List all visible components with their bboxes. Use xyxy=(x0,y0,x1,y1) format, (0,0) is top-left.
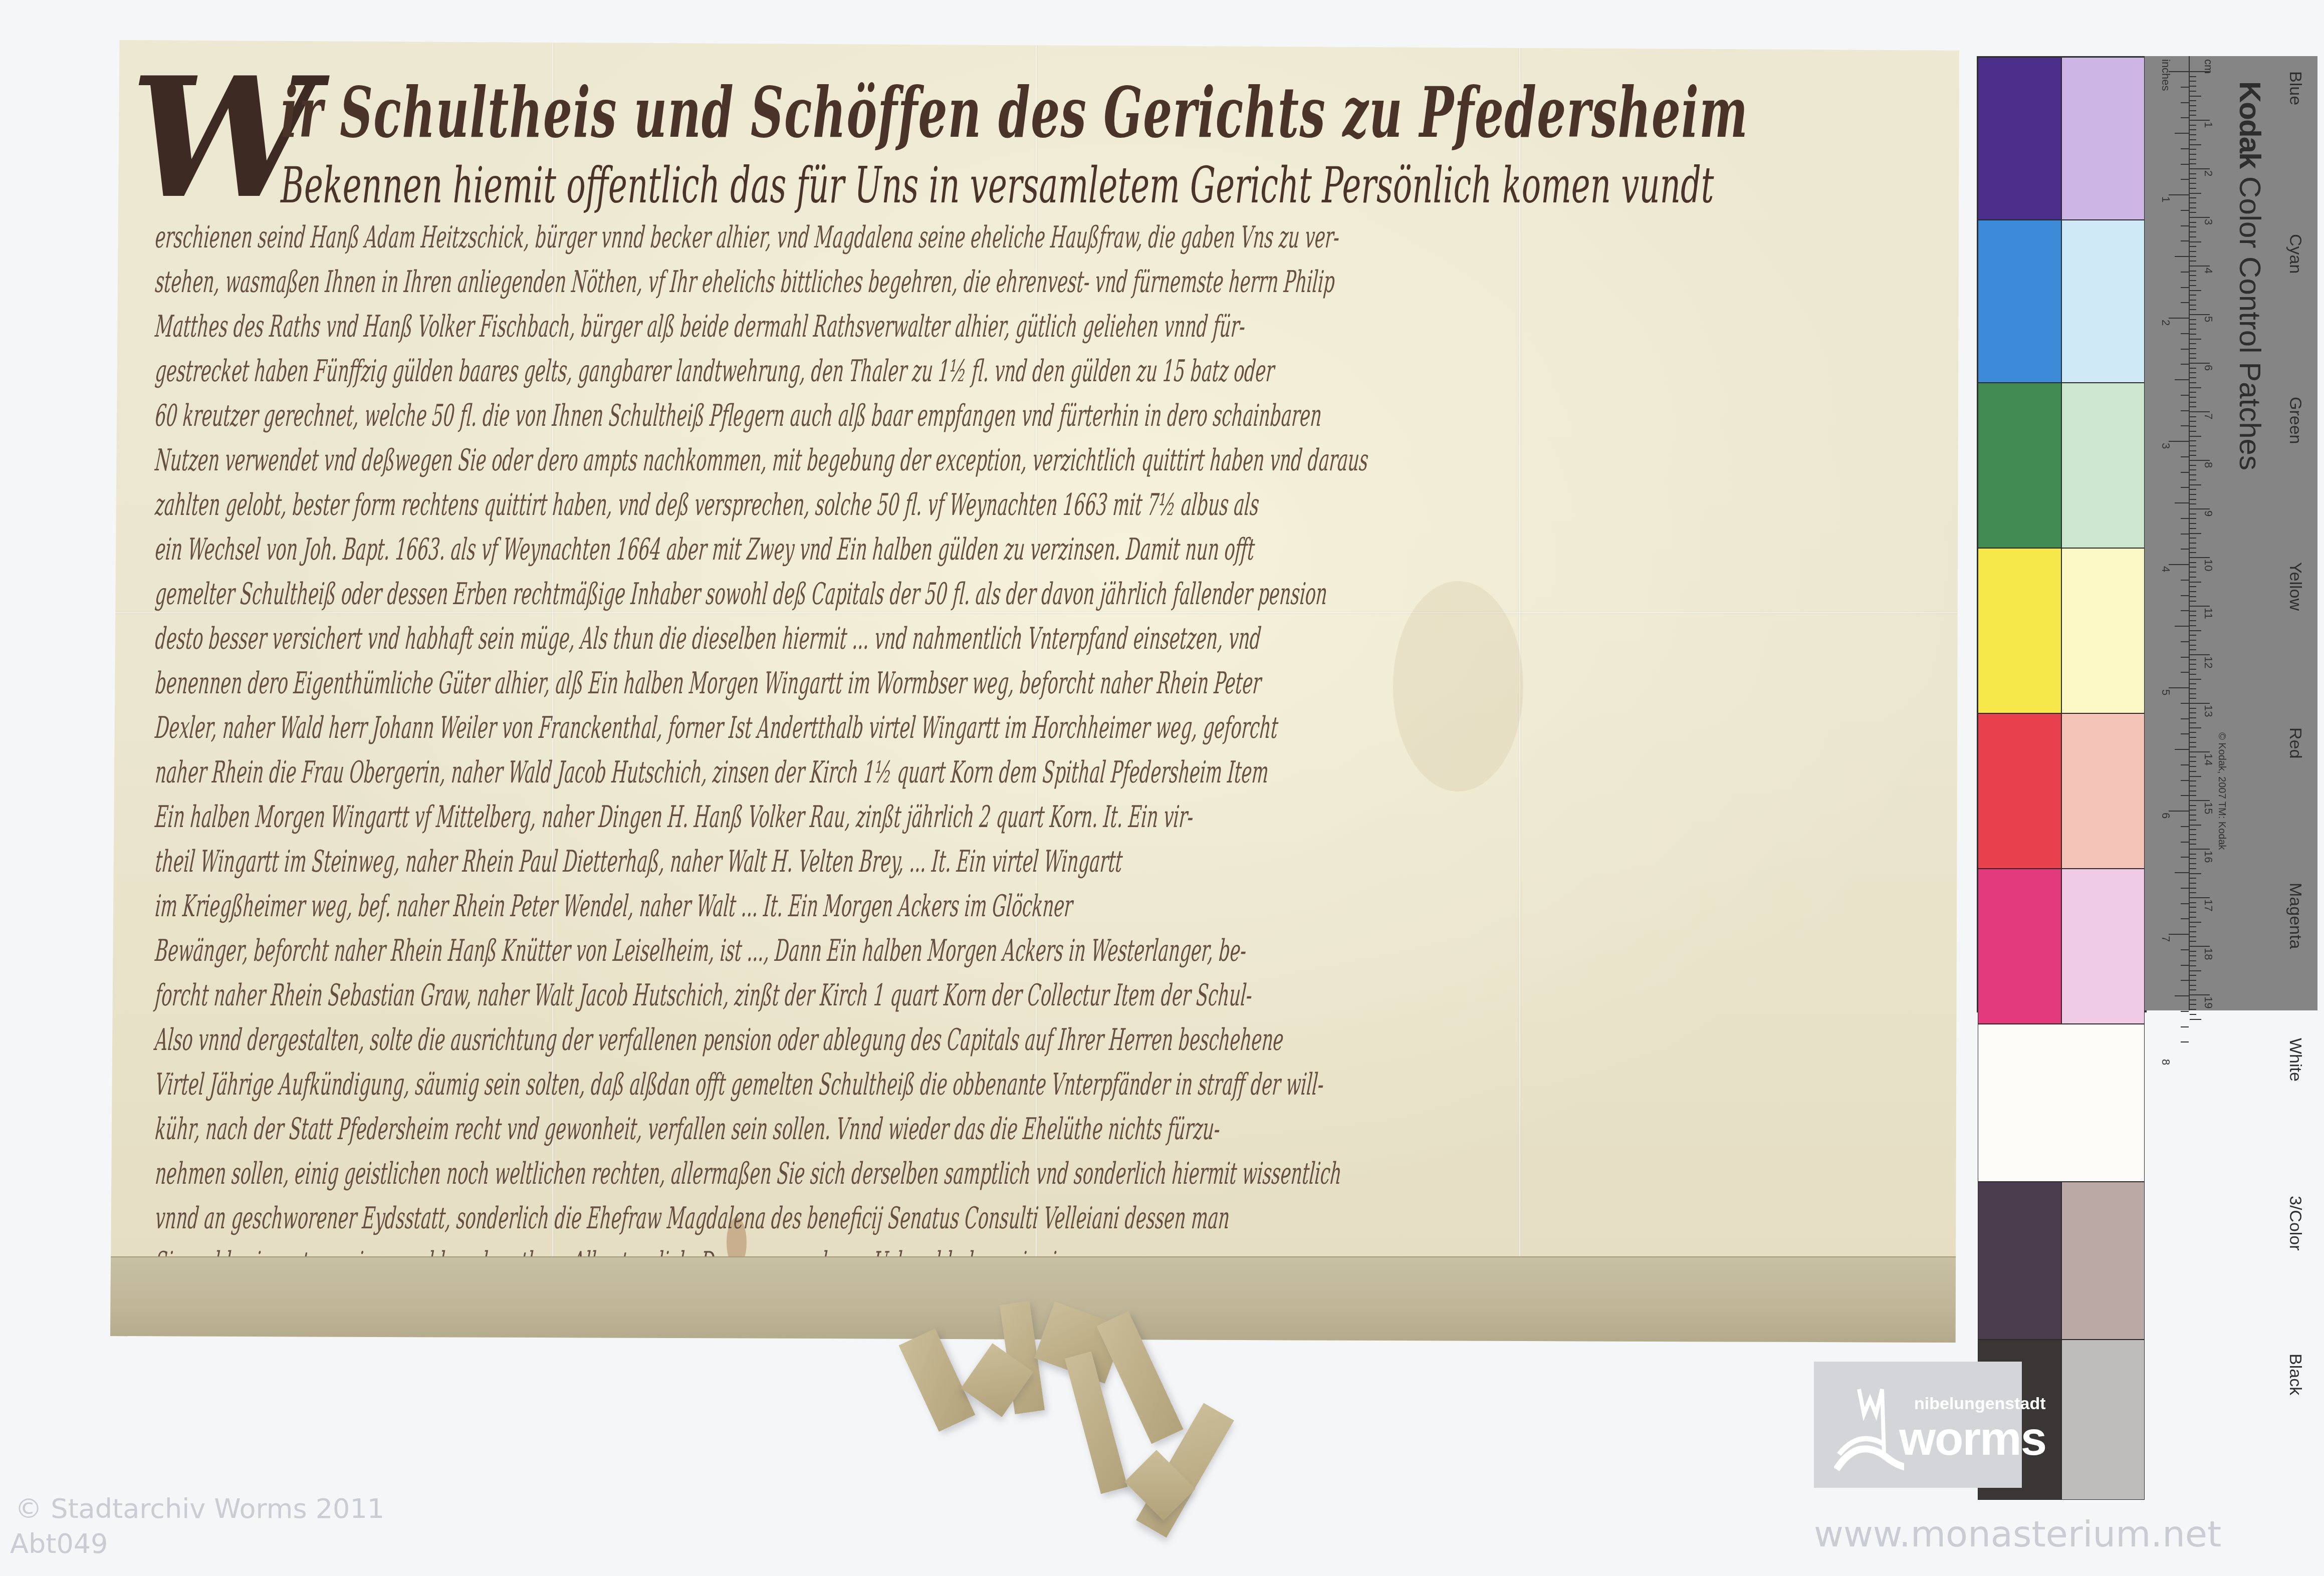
ruler-tick xyxy=(2190,226,2196,227)
ruler-cm-label: 7 xyxy=(2202,413,2215,419)
ruler-tick xyxy=(2169,811,2189,812)
ruler-tick xyxy=(2190,795,2196,796)
document-text: ir Schultheis und Schöffen des Gerichts … xyxy=(155,70,1919,1419)
color-patch-white xyxy=(1978,1024,2145,1182)
ruler-tick xyxy=(2190,455,2196,456)
ruler-tick xyxy=(2190,679,2201,680)
ruler-tick xyxy=(2181,718,2189,719)
document-line: stehen, wasmaßen Ihnen in Ihren anliegen… xyxy=(153,260,1180,305)
ruler-tick xyxy=(2175,995,2189,996)
color-patch-yellow-dark xyxy=(1978,548,2061,713)
ruler-cm-label: 8 xyxy=(2202,462,2215,468)
document-heading: ir Schultheis und Schöffen des Gerichts … xyxy=(281,70,1362,155)
ruler-cm-label: 9 xyxy=(2202,510,2215,516)
ruler-tick xyxy=(2175,133,2189,134)
ruler-tick xyxy=(2190,178,2196,179)
kodak-brand: Kodak xyxy=(2233,81,2267,168)
ruler-tick xyxy=(2190,669,2196,670)
ruler-tick xyxy=(2181,87,2189,88)
ruler-tick xyxy=(2181,842,2189,843)
color-patches xyxy=(1977,56,2147,1012)
ruler-tick xyxy=(2190,236,2196,237)
ruler-tick xyxy=(2181,780,2189,781)
ruler-cm-label: 14 xyxy=(2202,753,2215,765)
ruler-cm-label: 18 xyxy=(2202,948,2215,960)
chart-subtitle: Color Control Patches xyxy=(2233,176,2267,470)
chart-title: Kodak Color Control Patches xyxy=(2233,81,2267,470)
ruler-tick xyxy=(2190,902,2196,903)
ruler-tick xyxy=(2190,76,2196,77)
ruler-tick xyxy=(2181,1041,2189,1042)
ruler-tick xyxy=(2190,319,2196,320)
ruler-inch-label: 5 xyxy=(2159,689,2172,695)
ruler-tick xyxy=(2181,965,2189,966)
ruler-tick xyxy=(2190,688,2196,689)
ruler-tick xyxy=(2190,348,2196,349)
ruler-tick xyxy=(2190,1014,2196,1015)
ruler-tick xyxy=(2190,231,2196,232)
ruler-tick xyxy=(2190,727,2201,728)
ruler-tick xyxy=(2190,163,2196,164)
ruler-tick xyxy=(2169,687,2189,688)
ruler-cm-label: 13 xyxy=(2202,705,2215,717)
ruler-tick xyxy=(2190,965,2196,966)
document-line: forcht naher Rhein Sebastian Graw, naher… xyxy=(153,973,1180,1018)
ruler-tick xyxy=(2190,805,2196,806)
ruler-tick xyxy=(2190,970,2201,971)
color-patch-magenta-dark xyxy=(1978,869,2061,1024)
ruler-tick xyxy=(2190,640,2196,641)
ruler-tick xyxy=(2190,1009,2196,1010)
ruler-tick xyxy=(2190,139,2196,140)
ruler-tick xyxy=(2190,290,2201,291)
color-label: Magenta xyxy=(2285,883,2305,949)
ruler-tick xyxy=(2181,1026,2189,1027)
ruler-tick xyxy=(2190,183,2196,184)
document-line: kühr, nach der Statt Pfedersheim recht v… xyxy=(153,1107,1180,1152)
ruler-inch-label: 6 xyxy=(2159,813,2172,819)
ruler-tick xyxy=(2190,635,2196,636)
ruler-tick xyxy=(2181,703,2189,704)
ruler-tick xyxy=(2190,100,2196,101)
color-patch-red-dark xyxy=(1978,713,2061,869)
ruler-tick xyxy=(2190,746,2196,747)
ruler-tick xyxy=(2181,857,2189,858)
ruler-tick xyxy=(2190,975,2196,976)
ruler-tick xyxy=(2190,698,2196,699)
ruler-tick xyxy=(2181,410,2189,411)
ruler-tick xyxy=(2190,397,2196,398)
ruler-tick xyxy=(2190,256,2196,257)
ruler-tick xyxy=(2190,217,2210,218)
ruler-tick xyxy=(2190,305,2196,306)
ruler-tick xyxy=(2190,300,2196,301)
ruler-tick xyxy=(2190,193,2201,194)
ruler-cm-label: 4 xyxy=(2202,268,2215,274)
ruler-tick xyxy=(2181,164,2189,165)
ruler-tick xyxy=(2190,562,2196,563)
ruler-tick xyxy=(2190,275,2196,276)
ruler-tick xyxy=(2190,207,2196,208)
ruler-tick xyxy=(2190,202,2196,203)
ruler-tick xyxy=(2190,601,2196,602)
ruler-tick xyxy=(2181,733,2189,734)
ruler-tick xyxy=(2190,494,2196,495)
document-line: Matthes des Raths vnd Hanß Volker Fischb… xyxy=(153,305,1180,349)
ruler-tick xyxy=(2190,912,2196,913)
ruler-tick xyxy=(2190,858,2196,859)
ruler-inch-label: 1 xyxy=(2159,196,2172,202)
ruler-tick xyxy=(2190,771,2196,772)
ruler-tick xyxy=(2190,659,2196,660)
ruler-tick xyxy=(2190,586,2196,587)
ruler-tick xyxy=(2190,314,2210,315)
ruler-tick xyxy=(2190,96,2201,97)
ruler-tick xyxy=(2190,484,2201,485)
ruler-tick xyxy=(2190,557,2210,558)
logo-big-text: worms xyxy=(1899,1412,2046,1466)
ruler-tick xyxy=(2181,240,2189,241)
ruler-tick xyxy=(2190,854,2196,855)
ruler-tick xyxy=(2190,324,2196,325)
ruler-tick xyxy=(2190,703,2210,704)
ruler-tick xyxy=(2190,436,2201,437)
ruler-tick xyxy=(2190,756,2196,757)
ruler-tick xyxy=(2181,672,2189,673)
ruler-tick xyxy=(2190,936,2196,937)
ruler-tick xyxy=(2190,863,2196,864)
parchment-document: W ir Schultheis und Schöffen des Gericht… xyxy=(110,40,1959,1343)
document-line: erschienen seind Hanß Adam Heitzschick, … xyxy=(153,215,1180,260)
color-label: Red xyxy=(2285,727,2305,758)
ruler-tick xyxy=(2181,657,2189,658)
ruler-tick xyxy=(2190,951,2196,952)
ruler-tick xyxy=(2190,358,2196,359)
ruler-tick xyxy=(2169,441,2189,442)
ruler-tick xyxy=(2181,179,2189,180)
ruler-tick xyxy=(2190,625,2196,626)
ruler-tick xyxy=(2190,295,2196,296)
copyright-watermark: © Stadtarchiv Worms 2011 xyxy=(15,1493,384,1524)
ruler-tick xyxy=(2190,144,2201,145)
ruler-tick xyxy=(2190,129,2196,130)
ruler-tick xyxy=(2181,225,2189,226)
ruler-tick xyxy=(2190,825,2201,826)
document-line: Also vnnd dergestalten, solte die ausric… xyxy=(153,1018,1180,1063)
website-watermark: www.monasterium.net xyxy=(1814,1513,2221,1555)
ruler-tick xyxy=(2190,810,2196,811)
ruler-tick xyxy=(2190,465,2196,466)
kodak-copyright: © Kodak, 2007 TM: Kodak xyxy=(2216,732,2227,850)
ruler-tick xyxy=(2190,591,2196,592)
ruler-tick xyxy=(2181,826,2189,827)
document-line: im Kriegßheimer weg, bef. naher Rhein Pe… xyxy=(153,884,1180,929)
ruler-tick xyxy=(2190,280,2196,281)
document-line: gemelter Schultheiß oder dessen Erben re… xyxy=(153,572,1180,617)
gray-ruler-strip: Kodak Color Control Patches © Kodak, 200… xyxy=(2145,56,2317,1010)
ruler-tick xyxy=(2190,820,2196,821)
ruler-tick xyxy=(2190,125,2196,126)
plica-fold xyxy=(110,1256,1959,1343)
ruler-tick xyxy=(2190,479,2196,480)
document-subheading: Bekennen hiemit offentlich das für Uns i… xyxy=(281,155,1329,215)
ruler-tick xyxy=(2169,934,2189,935)
ruler-tick xyxy=(2190,946,2210,947)
ruler-tick xyxy=(2169,564,2189,565)
ruler-tick xyxy=(2169,318,2189,319)
document-line: zahlten gelobt, bester form rechtens qui… xyxy=(153,483,1180,528)
ruler-tick xyxy=(2190,674,2196,675)
ruler-tick xyxy=(2181,487,2189,488)
signature-watermark: Abt049 xyxy=(10,1528,108,1559)
ruler-tick xyxy=(2190,596,2196,597)
ruler-tick xyxy=(2190,606,2210,607)
ruler-tick xyxy=(2181,903,2189,904)
ruler-tick xyxy=(2190,406,2196,407)
ruler-tick xyxy=(2190,353,2196,354)
ruler-tick xyxy=(2190,528,2196,529)
ruler-inch-label: 3 xyxy=(2159,443,2172,449)
kodak-color-chart: Kodak Color Control Patches © Kodak, 200… xyxy=(1977,56,2321,1013)
ruler-tick xyxy=(2169,194,2189,195)
ruler-tick xyxy=(2190,732,2196,733)
logo-small-text: nibelungenstadt xyxy=(1914,1394,2046,1414)
color-patch-cyan-light xyxy=(2061,220,2145,383)
ruler-tick xyxy=(2175,256,2189,257)
ruler-tick xyxy=(2190,955,2196,956)
ruler-tick xyxy=(2175,626,2189,627)
ruler-tick xyxy=(2175,749,2189,750)
color-label: 3/Color xyxy=(2285,1196,2305,1251)
document-line: Bewänger, beforcht naher Rhein Hanß Knüt… xyxy=(153,929,1180,973)
color-patch-green-light xyxy=(2061,383,2145,548)
ruler-tick xyxy=(2190,503,2196,504)
document-line: Dexler, naher Wald herr Johann Weiler vo… xyxy=(153,706,1180,750)
ruler-tick xyxy=(2190,343,2196,344)
ruler-tick xyxy=(2190,134,2196,135)
ruler-tick xyxy=(2190,780,2196,781)
ruler-tick xyxy=(2190,717,2196,718)
ruler-tick xyxy=(2190,513,2196,514)
color-label: Cyan xyxy=(2285,234,2305,274)
ruler-tick xyxy=(2190,197,2196,198)
ruler-tick xyxy=(2181,210,2189,211)
ruler-cm-label: 12 xyxy=(2202,656,2215,668)
ruler-tick xyxy=(2190,572,2196,573)
ruler-tick xyxy=(2190,791,2196,792)
color-label: Blue xyxy=(2285,71,2305,105)
ruler-inch-label: 7 xyxy=(2159,936,2172,942)
ruler-tick xyxy=(2190,110,2196,111)
worms-logo: nibelungenstadt worms xyxy=(1814,1362,2022,1488)
ruler-tick xyxy=(2190,999,2196,1000)
ruler-tick xyxy=(2181,764,2189,765)
ruler-tick xyxy=(2190,567,2196,568)
document-line: naher Rhein die Frau Obergerin, naher Wa… xyxy=(153,750,1180,795)
ruler-tick xyxy=(2190,994,2210,995)
color-label: Green xyxy=(2285,397,2305,444)
ruler-cm-label: 17 xyxy=(2202,899,2215,911)
ruler-tick xyxy=(2190,834,2196,835)
ruler-tick xyxy=(2190,120,2210,121)
ruler-tick xyxy=(2190,712,2196,713)
ruler-tick xyxy=(2190,382,2196,383)
ruler-tick xyxy=(2190,815,2196,816)
ruler-tick xyxy=(2190,883,2196,884)
ruler-cm-label: 1 xyxy=(2202,122,2215,128)
ruler-tick xyxy=(2190,693,2196,694)
ruler-cm-label: 16 xyxy=(2202,851,2215,863)
ruler-tick xyxy=(2190,285,2196,286)
ruler-tick xyxy=(2190,173,2196,174)
ruler-tick xyxy=(2190,829,2196,830)
ruler-tick xyxy=(2190,552,2196,553)
color-patch-green-dark xyxy=(1978,383,2061,548)
ruler-tick xyxy=(2190,115,2196,116)
ruler-tick xyxy=(2181,302,2189,303)
ruler-tick xyxy=(2190,708,2196,709)
color-patch-magenta-light xyxy=(2061,869,2145,1024)
document-line: ein Wechsel von Joh. Bapt. 1663. als vf … xyxy=(153,528,1180,572)
document-line: benennen dero Eigenthümliche Güter alhie… xyxy=(153,661,1180,706)
ruler-tick xyxy=(2181,102,2189,103)
ruler-tick xyxy=(2190,426,2196,427)
ruler-tick xyxy=(2190,630,2201,631)
ruler-tick xyxy=(2190,960,2196,961)
color-patch-black-light xyxy=(2061,1340,2145,1500)
ruler-tick xyxy=(2190,683,2196,684)
ruler-tick xyxy=(2190,620,2196,621)
ruler-tick xyxy=(2190,431,2196,432)
ruler-tick xyxy=(2181,148,2189,149)
ruler-tick xyxy=(2190,251,2196,252)
ruler-tick xyxy=(2190,664,2196,665)
ruler-cm-label: 15 xyxy=(2202,802,2215,814)
ruler-tick xyxy=(2175,502,2189,503)
ruler-tick xyxy=(2190,260,2196,261)
ruler-tick xyxy=(2190,368,2196,369)
ruler-cm-label: 19 xyxy=(2202,996,2215,1008)
ruler-inch-unit: inches xyxy=(2159,59,2172,91)
ruler-tick xyxy=(2190,489,2196,490)
ruler-tick xyxy=(2190,241,2201,242)
color-patch-3-color-dark xyxy=(1978,1182,2061,1340)
ruler-tick xyxy=(2190,402,2196,403)
ruler-tick xyxy=(2181,117,2189,118)
ruler-tick xyxy=(2190,508,2210,509)
ruler-tick xyxy=(2190,81,2196,82)
ruler-tick xyxy=(2181,610,2189,611)
ruler-tick xyxy=(2190,159,2196,160)
document-body: erschienen seind Hanß Adam Heitzschick, … xyxy=(155,215,1919,1419)
ruler-tick xyxy=(2190,518,2196,519)
document-line: desto besser versichert vnd habhaft sein… xyxy=(153,617,1180,661)
cathedral-wave-icon xyxy=(1834,1379,1904,1479)
ruler-tick xyxy=(2190,246,2196,247)
ruler-tick xyxy=(2190,474,2196,475)
ruler-tick xyxy=(2190,1019,2201,1020)
color-patch-blue-dark xyxy=(1978,57,2061,220)
ruler-tick xyxy=(2190,416,2196,417)
ruler-tick xyxy=(2181,595,2189,596)
ruler-tick xyxy=(2190,615,2196,616)
ruler-tick xyxy=(2190,168,2210,169)
ruler-tick xyxy=(2190,450,2196,451)
ruler-tick xyxy=(2190,548,2196,549)
ruler-tick xyxy=(2190,329,2196,330)
ruler-cm-label: 2 xyxy=(2202,170,2215,176)
color-patch-yellow-light xyxy=(2061,548,2145,713)
ruler-tick xyxy=(2190,873,2201,874)
document-line: Virtel Jährige Aufkündigung, säumig sein… xyxy=(153,1063,1180,1107)
ruler-tick xyxy=(2190,538,2196,539)
color-patch-red-light xyxy=(2061,713,2145,869)
ruler-tick xyxy=(2181,333,2189,334)
ruler-tick xyxy=(2190,533,2201,534)
document-line: nehmen sollen, einig geistlichen noch we… xyxy=(153,1152,1180,1196)
ruler-tick xyxy=(2190,1004,2196,1005)
ruler-tick xyxy=(2190,989,2196,990)
ruler-tick xyxy=(2190,941,2196,942)
color-label: White xyxy=(2285,1038,2305,1082)
color-patch-blue-light xyxy=(2061,57,2145,220)
ruler-tick xyxy=(2181,272,2189,273)
ruler-tick xyxy=(2190,154,2196,155)
ruler-tick xyxy=(2190,922,2201,923)
ruler-tick xyxy=(2190,800,2210,801)
ruler-tick xyxy=(2175,379,2189,380)
document-line: theil Wingartt im Steinweg, naher Rhein … xyxy=(153,840,1180,884)
ruler-tick xyxy=(2181,425,2189,426)
ruler-tick xyxy=(2190,421,2196,422)
ruler-tick xyxy=(2190,392,2196,393)
ruler-tick xyxy=(2181,888,2189,889)
ruler-tick xyxy=(2190,766,2196,767)
ruler-tick xyxy=(2181,549,2189,550)
ruler-tick xyxy=(2190,582,2201,583)
ruler-tick xyxy=(2190,761,2196,762)
color-label: Black xyxy=(2285,1354,2305,1395)
ruler-tick xyxy=(2190,377,2196,378)
ruler-tick xyxy=(2181,641,2189,642)
document-line: Ein halben Morgen Wingartt vf Mittelberg… xyxy=(153,795,1180,840)
ruler-cm-unit: cm xyxy=(2202,59,2215,74)
ruler-tick xyxy=(2190,411,2210,412)
ruler-tick xyxy=(2190,868,2196,869)
ruler-tick xyxy=(2190,212,2196,213)
ruler-tick xyxy=(2190,363,2210,364)
ruler-tick xyxy=(2175,872,2189,873)
ruler-inch-label: 4 xyxy=(2159,566,2172,572)
ruler-tick xyxy=(2190,849,2210,850)
document-line: vnnd an geschworener Eydsstatt, sonderli… xyxy=(153,1196,1180,1241)
color-patch-3-color-light xyxy=(2061,1182,2145,1340)
ruler-tick xyxy=(2181,395,2189,396)
ruler-tick xyxy=(2190,649,2196,650)
ruler-tick xyxy=(2190,372,2196,373)
ruler-tick xyxy=(2190,917,2196,918)
ruler-tick xyxy=(2190,737,2196,738)
ruler-tick xyxy=(2190,980,2196,981)
ruler-tick xyxy=(2190,334,2196,335)
ruler-tick xyxy=(2181,518,2189,519)
ruler-inch-label: 8 xyxy=(2159,1059,2172,1065)
document-line: gestrecket haben Fünffzig gülden baares … xyxy=(153,349,1180,394)
ruler-cm-label: 5 xyxy=(2202,316,2215,322)
ruler-inch-label: 2 xyxy=(2159,320,2172,326)
ruler-tick xyxy=(2190,577,2196,578)
ruler-tick xyxy=(2181,472,2189,473)
